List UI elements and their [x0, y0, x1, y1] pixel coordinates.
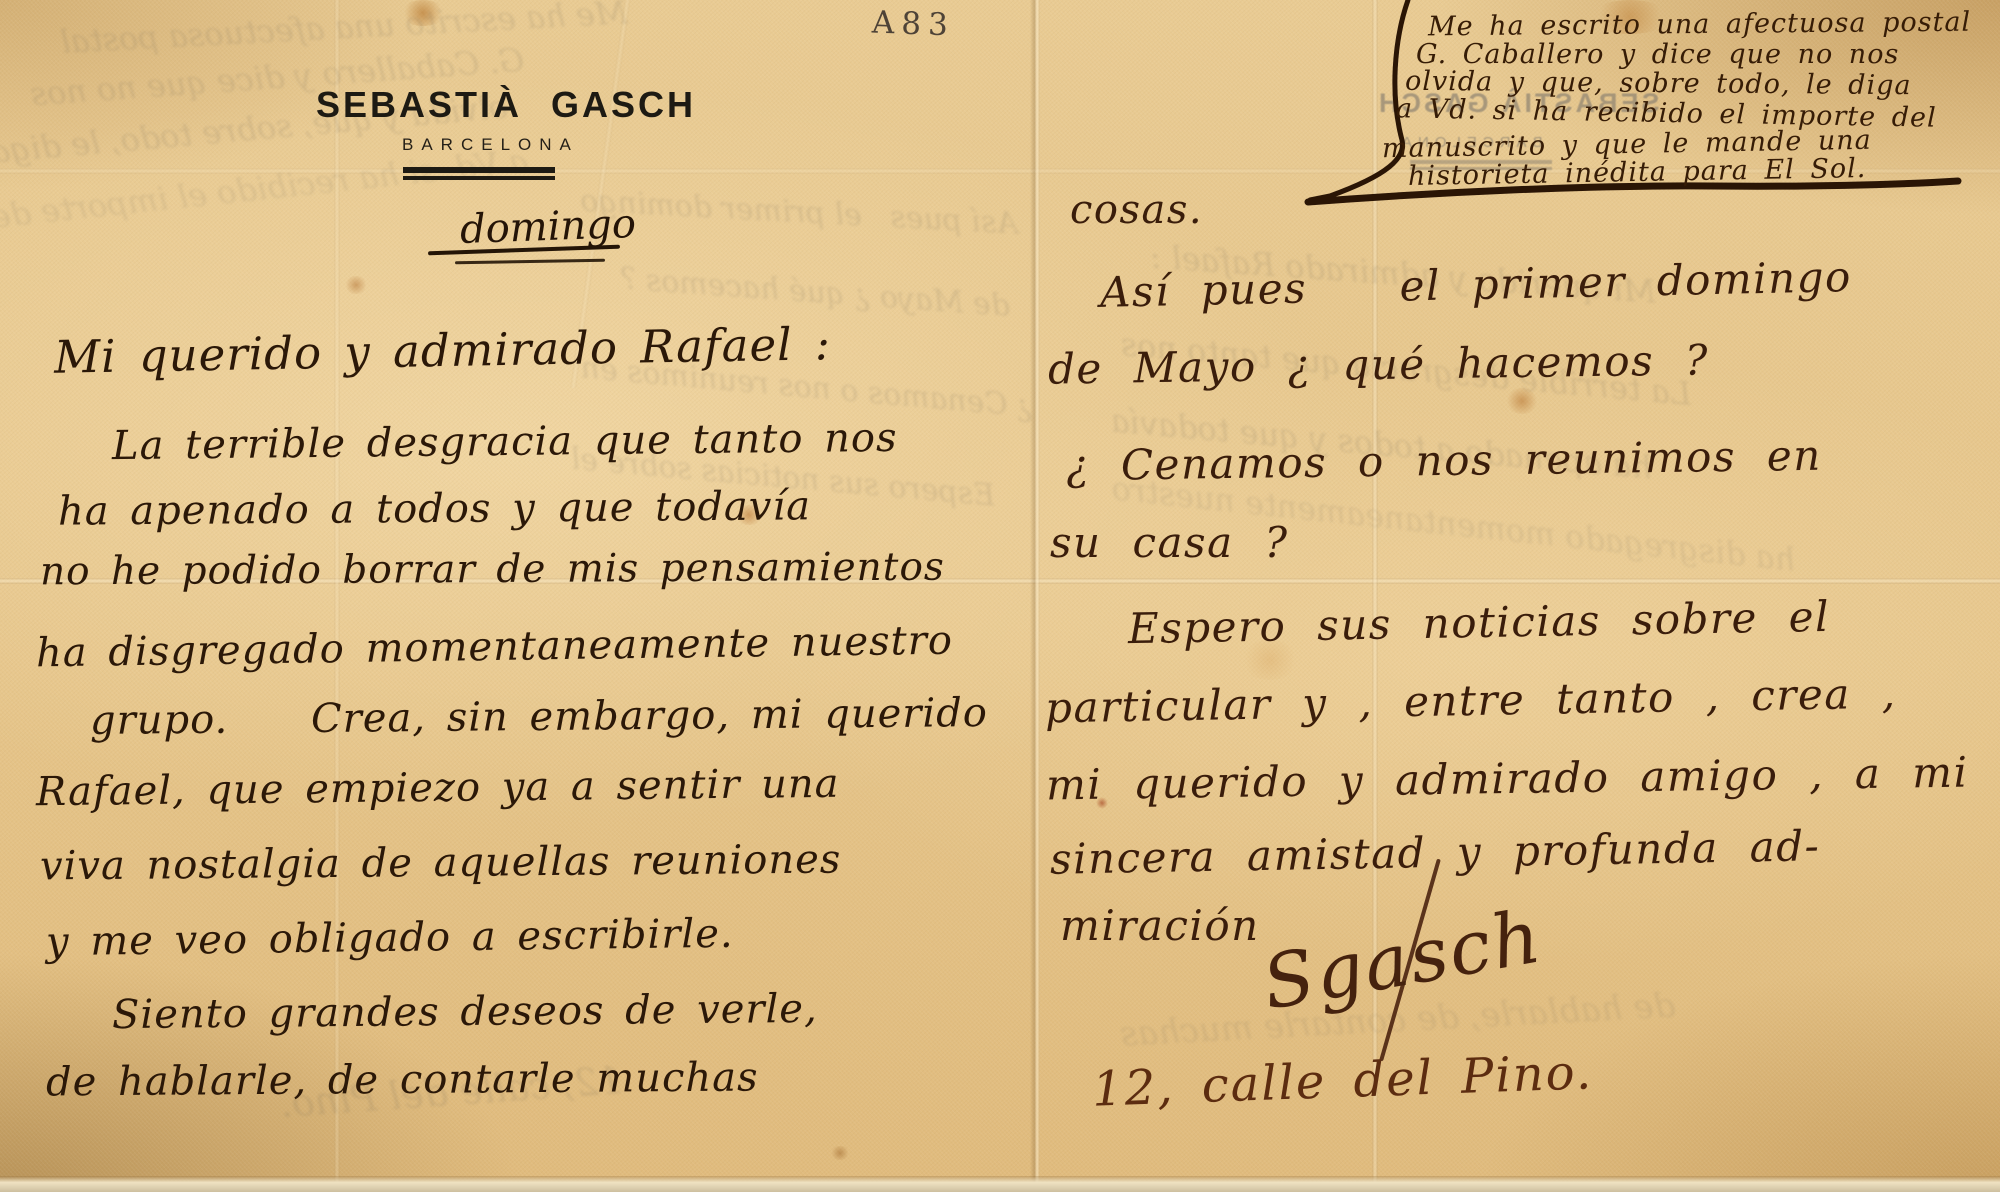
ghost-text: de Mayo ¿ qué hacemos ?	[619, 261, 1011, 323]
margin-note-line: Me ha escrito una afectuosa postal	[1428, 8, 1971, 42]
letter-line: su casa ?	[1050, 520, 1288, 566]
letter-line: Espero sus noticias sobre el	[1128, 594, 1831, 652]
letter-line: de Mayo ¿ qué hacemos ?	[1048, 337, 1710, 392]
letter-line: miración	[1060, 903, 1260, 949]
letterhead-rule	[403, 167, 555, 180]
underline-stroke	[455, 259, 605, 265]
letter-line: grupo. Crea, sin embargo, mi querido	[90, 691, 988, 743]
letter-line: La terrible desgracia que tanto nos	[112, 416, 898, 468]
letter-line: no he podido borrar de mis pensamientos	[40, 547, 945, 595]
archive-mark: A83	[871, 5, 955, 44]
letter-line: ha apenado a todos y que todavía	[58, 484, 811, 533]
letterhead-city: BARCELONA	[402, 135, 579, 155]
stain	[830, 1146, 850, 1160]
letter-line: y me veo obligado a escribirle.	[46, 912, 734, 964]
ghost-text: Así pues el primer domingo	[579, 184, 1019, 242]
letter-line: Siento grandes deseos de verle,	[112, 987, 818, 1037]
stain	[344, 276, 368, 294]
letter-line: viva nostalgia de aquellas reuniones	[40, 838, 842, 889]
letter-line: cosas.	[1070, 188, 1203, 232]
letter-line: mi querido y admirado amigo , a mi	[1046, 750, 1969, 809]
margin-note-line: G. Caballero y dice que no nos	[1416, 40, 1899, 70]
page-edge	[1030, 0, 1040, 1192]
ghost-text: Me ha escrito una afectuosa postal	[59, 0, 628, 61]
letter-line: de hablarle, de contarle muchas	[46, 1056, 759, 1105]
margin-note-line: historieta inédita para El Sol.	[1408, 154, 1867, 192]
letter-line: Rafael, que empiezo ya a sentir una	[36, 762, 840, 814]
scan-bottom-edge	[0, 1176, 2000, 1192]
letterhead-name: SEBASTIÀ GASCH	[316, 84, 696, 126]
letter-line: ¿ Cenamos o nos reunimos en	[1066, 433, 1822, 490]
letter-line: particular y , entre tanto , crea ,	[1045, 671, 1897, 732]
letter-document: Me ha escrito una afectuosa postal G. Ca…	[0, 0, 2000, 1192]
letter-line: ha disgregado momentaneamente nuestro	[36, 619, 953, 676]
address-line: 12, calle del Pino.	[1091, 1046, 1594, 1116]
